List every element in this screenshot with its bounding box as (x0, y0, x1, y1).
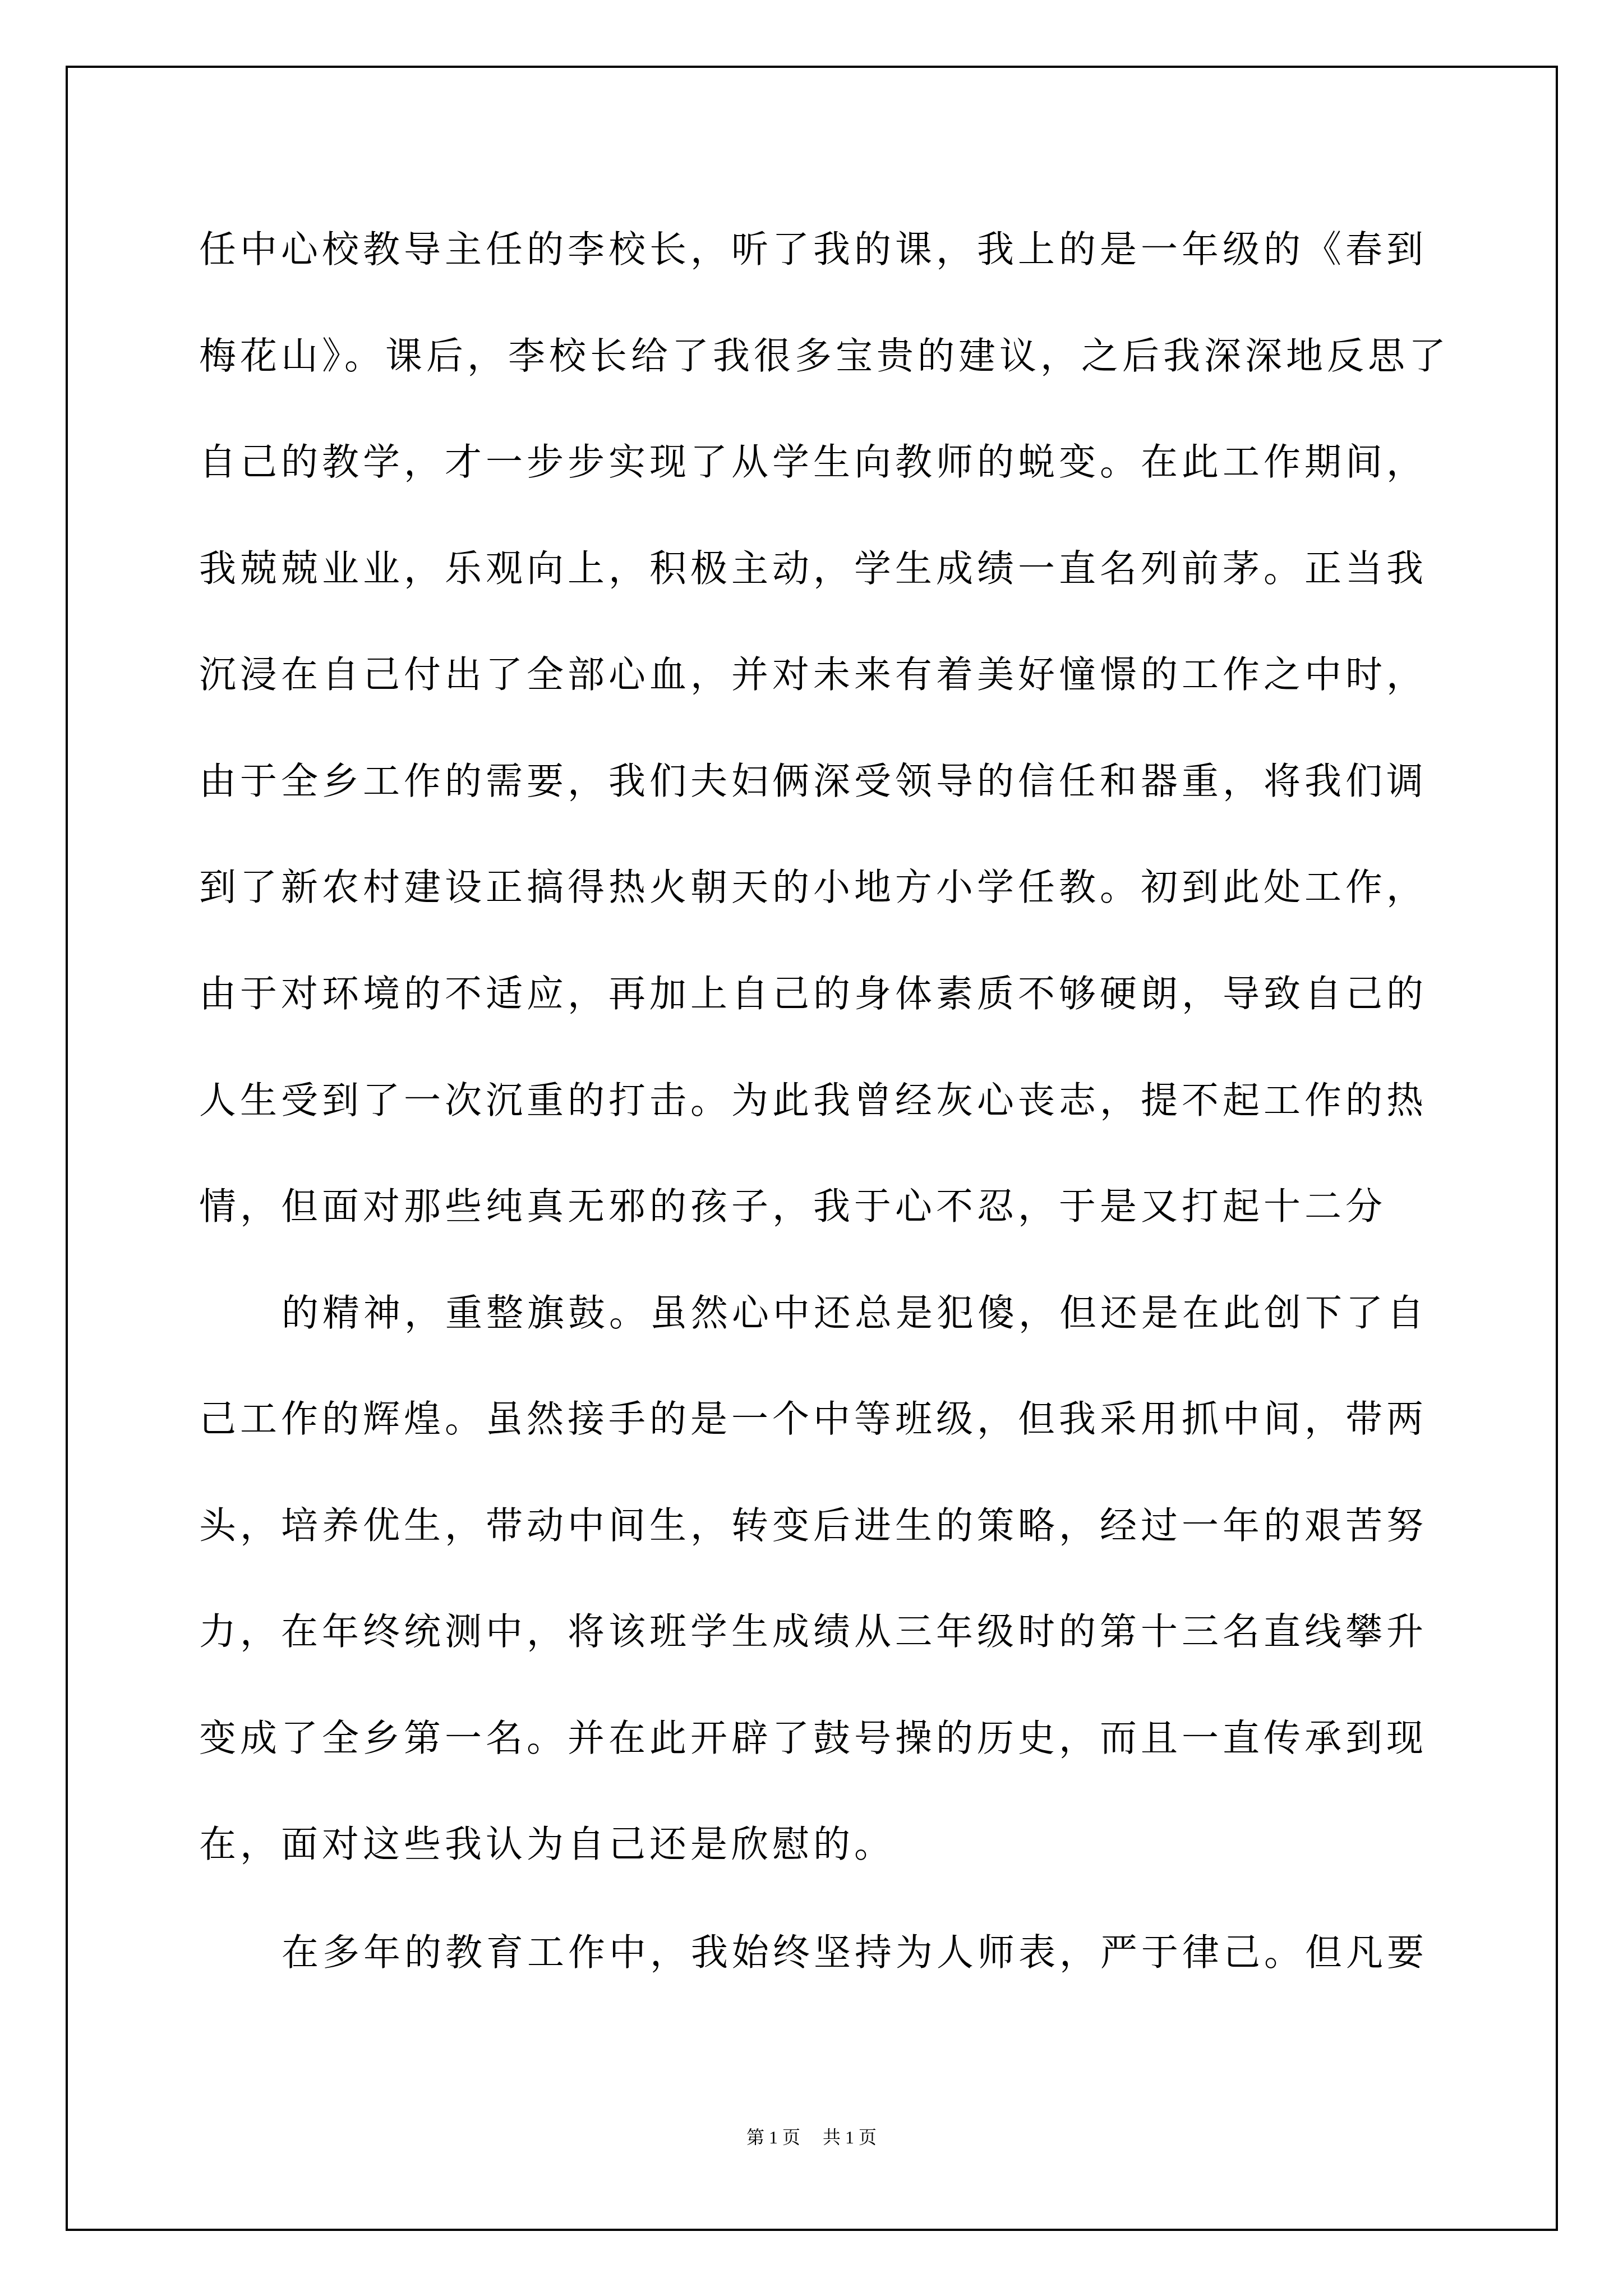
text-line-4: 我兢兢业业，乐观向上，积极主动，学生成绩一直名列前茅。正当我 (199, 546, 1427, 591)
text-line-12: 己工作的辉煌。虽然接手的是一个中等班级，但我采用抓中间，带两 (199, 1397, 1427, 1442)
text-line-7: 到了新农村建设正搞得热火朝天的小地方小学任教。初到此处工作， (199, 865, 1427, 910)
text-line-10: 情，但面对那些纯真无邪的孩子，我于心不忍，于是又打起十二分 (199, 1184, 1386, 1229)
text-line-5: 沉浸在自己付出了全部心血，并对未来有着美好憧憬的工作之中时， (199, 652, 1427, 697)
page-border (66, 66, 1558, 2231)
text-line-2: 梅花山》。课后，李校长给了我很多宝贵的建议，之后我深深地反思了 (199, 334, 1450, 379)
text-line-17: 在多年的教育工作中，我始终坚持为人师表，严于律己。但凡要 (282, 1930, 1428, 1975)
text-line-3: 自己的教学，才一步步实现了从学生向教师的蜕变。在此工作期间， (199, 440, 1427, 485)
text-line-13: 头，培养优生，带动中间生，转变后进生的策略，经过一年的艰苦努 (199, 1503, 1427, 1548)
text-line-15: 变成了全乡第一名。并在此开辟了鼓号操的历史，而且一直传承到现 (199, 1716, 1427, 1761)
text-line-11: 的精神，重整旗鼓。虽然心中还总是犯傻，但还是在此创下了自 (282, 1291, 1428, 1336)
text-line-8: 由于对环境的不适应，再加上自己的身体素质不够硬朗，导致自己的 (199, 972, 1427, 1016)
current-page-label: 第 1 页 (746, 2125, 800, 2150)
text-line-9: 人生受到了一次沉重的打击。为此我曾经灰心丧志，提不起工作的热 (199, 1078, 1427, 1123)
text-line-1: 任中心校教导主任的李校长，听了我的课，我上的是一年级的《春到 (199, 227, 1427, 272)
text-line-14: 力，在年终统测中，将该班学生成绩从三年级时的第十三名直线攀升 (199, 1609, 1427, 1654)
text-line-16: 在，面对这些我认为自己还是欣慰的。 (199, 1822, 895, 1867)
page-footer: 第 1 页共 1 页 (0, 2125, 1623, 2150)
text-line-6: 由于全乡工作的需要，我们夫妇俩深受领导的信任和器重，将我们调 (199, 759, 1427, 804)
total-pages-label: 共 1 页 (823, 2125, 877, 2150)
